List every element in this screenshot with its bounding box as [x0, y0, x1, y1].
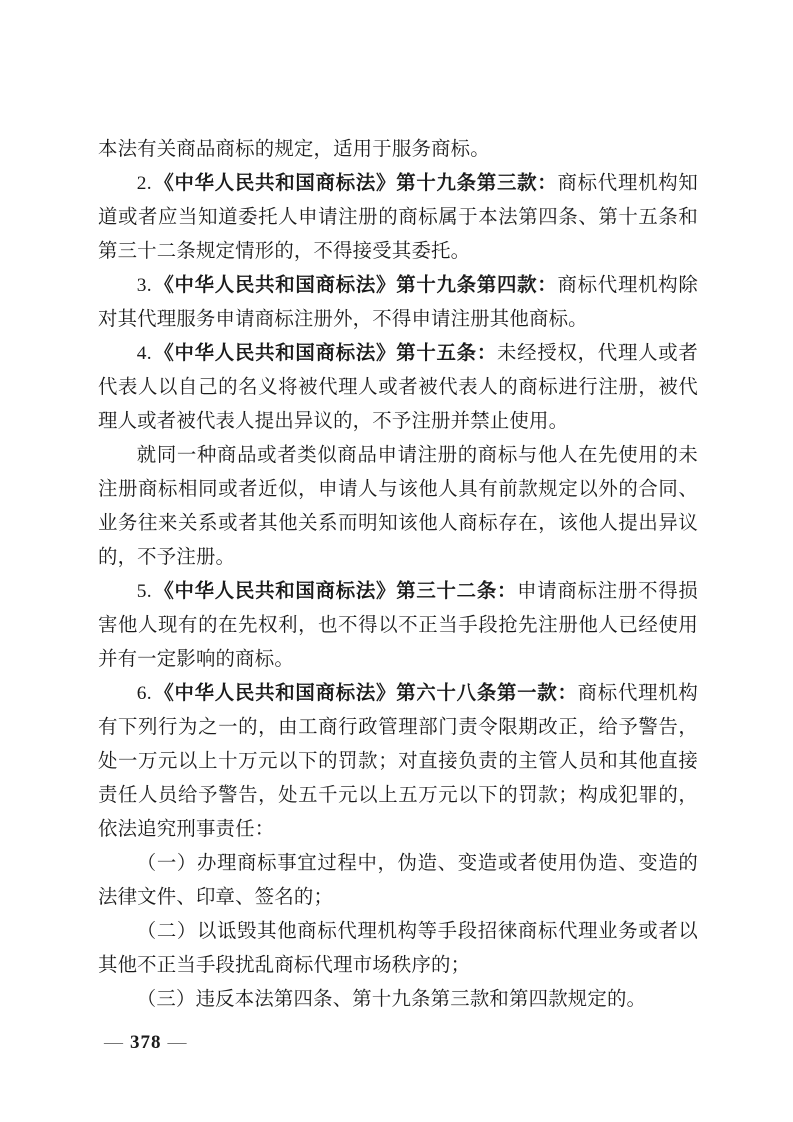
item-number: 5.	[137, 581, 154, 602]
paragraph-text: （二）以诋毁其他商标代理机构等手段招徕商标代理业务或者以其他不正当手段扰乱商标代…	[98, 921, 698, 976]
law-citation: 《中华人民共和国商标法》第十九条第三款：	[154, 173, 558, 194]
paragraph-plain: 就同一种商品或者类似商品申请注册的商标与他人在先使用的未注册商标相同或者近似，申…	[98, 439, 698, 575]
document-body: 本法有关商品商标的规定，适用于服务商标。 2.《中华人民共和国商标法》第十九条第…	[98, 133, 698, 1017]
paragraph-item-4: 4.《中华人民共和国商标法》第十五条：未经授权，代理人或者代表人以自己的名义将被…	[98, 337, 698, 439]
paragraph-item-2: 2.《中华人民共和国商标法》第十九条第三款：商标代理机构知道或者应当知道委托人申…	[98, 167, 698, 269]
page-footer: —378—	[98, 1031, 194, 1055]
item-number: 4.	[137, 343, 154, 364]
law-citation: 《中华人民共和国商标法》第六十八条第一款：	[154, 683, 578, 704]
paragraph-text: 本法有关商品商标的规定，适用于服务商标。	[98, 139, 490, 160]
law-citation: 《中华人民共和国商标法》第十九条第四款：	[154, 275, 558, 296]
item-number: 6.	[137, 683, 154, 704]
paragraph-item-3: 3.《中华人民共和国商标法》第十九条第四款：商标代理机构除对其代理服务申请商标注…	[98, 269, 698, 337]
paragraph-text: 商标代理机构有下列行为之一的，由工商行政管理部门责令限期改正，给予警告，处一万元…	[98, 683, 698, 840]
document-page: 本法有关商品商标的规定，适用于服务商标。 2.《中华人民共和国商标法》第十九条第…	[0, 0, 793, 1122]
paragraph-continuation: 本法有关商品商标的规定，适用于服务商标。	[98, 133, 698, 167]
paragraph-text: 就同一种商品或者类似商品申请注册的商标与他人在先使用的未注册商标相同或者近似，申…	[98, 445, 698, 568]
item-number: 3.	[137, 275, 154, 296]
paragraph-subitem-3: （三）违反本法第四条、第十九条第三款和第四款规定的。	[98, 983, 698, 1017]
page-number: 378	[130, 1032, 162, 1053]
footer-right-dash: —	[162, 1032, 194, 1053]
paragraph-subitem-2: （二）以诋毁其他商标代理机构等手段招徕商标代理业务或者以其他不正当手段扰乱商标代…	[98, 915, 698, 983]
law-citation: 《中华人民共和国商标法》第三十二条：	[154, 581, 517, 602]
law-citation: 《中华人民共和国商标法》第十五条：	[154, 343, 497, 364]
paragraph-item-6: 6.《中华人民共和国商标法》第六十八条第一款：商标代理机构有下列行为之一的，由工…	[98, 677, 698, 847]
footer-left-dash: —	[98, 1032, 130, 1053]
paragraph-text: （一）办理商标事宜过程中，伪造、变造或者使用伪造、变造的法律文件、印章、签名的；	[98, 853, 698, 908]
paragraph-text: （三）违反本法第四条、第十九条第三款和第四款规定的。	[137, 989, 646, 1010]
paragraph-subitem-1: （一）办理商标事宜过程中，伪造、变造或者使用伪造、变造的法律文件、印章、签名的；	[98, 847, 698, 915]
item-number: 2.	[137, 173, 154, 194]
paragraph-item-5: 5.《中华人民共和国商标法》第三十二条：申请商标注册不得损害他人现有的在先权利，…	[98, 575, 698, 677]
